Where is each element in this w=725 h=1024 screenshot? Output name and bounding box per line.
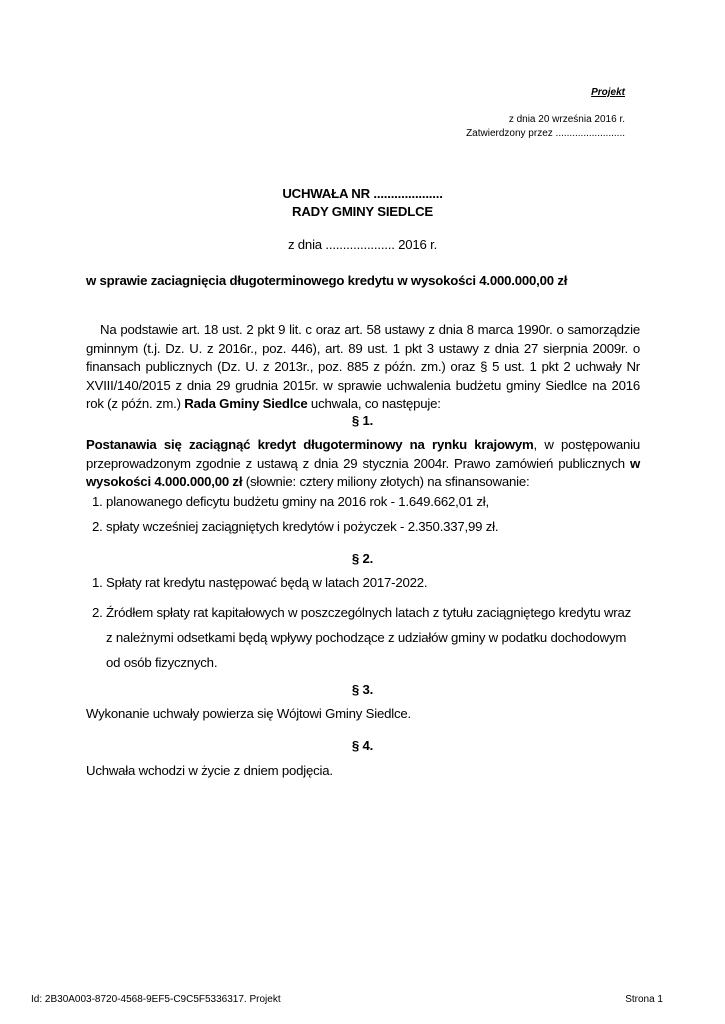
resolution-subject: w sprawie zaciagnięcia długoterminowego … <box>86 273 567 288</box>
list-item-line: od osób fizycznych. <box>92 650 632 675</box>
draft-status-label: Projekt <box>591 87 625 98</box>
section-4-heading: § 4. <box>0 738 725 753</box>
list-item-line: 2. Źródłem spłaty rat kapitałowych w pos… <box>92 605 631 620</box>
approved-by-line: Zatwierdzony przez .....................… <box>466 128 625 139</box>
section-1-text-end: (słownie: cztery miliony złotych) na sfi… <box>242 474 529 489</box>
section-1-heading: § 1. <box>0 413 725 428</box>
document-id: Id: 2B30A003-8720-4568-9EF5-C9C5F5336317… <box>31 994 281 1005</box>
list-item: 2. spłaty wcześniej zaciągniętych kredyt… <box>92 519 498 534</box>
section-1-body: Postanawia się zaciągnąć kredyt długoter… <box>86 436 640 492</box>
draft-date: z dnia 20 września 2016 r. <box>509 114 625 125</box>
resolution-number: UCHWAŁA NR .................... <box>0 186 725 201</box>
section-1-bold-start: Postanawia się zaciągnąć kredyt długoter… <box>86 437 534 452</box>
section-4-body: Uchwała wchodzi w życie z dniem podjęcia… <box>86 763 333 778</box>
list-item: 1. planowanego deficytu budżetu gminy na… <box>92 494 489 509</box>
page-number: Strona 1 <box>625 994 663 1005</box>
section-2-heading: § 2. <box>0 551 725 566</box>
section-3-heading: § 3. <box>0 682 725 697</box>
list-item-line: z należnymi odsetkami będą wpływy pochod… <box>92 625 632 650</box>
section-3-body: Wykonanie uchwały powierza się Wójtowi G… <box>86 706 411 721</box>
preamble-tail: uchwala, co następuje: <box>307 396 440 411</box>
preamble-bold: Rada Gminy Siedlce <box>184 396 307 411</box>
list-item: 2. Źródłem spłaty rat kapitałowych w pos… <box>92 600 632 675</box>
preamble: Na podstawie art. 18 ust. 2 pkt 9 lit. c… <box>86 321 640 414</box>
list-item: 1. Spłaty rat kredytu następować będą w … <box>92 575 427 590</box>
resolution-date: z dnia .................... 2016 r. <box>0 237 725 252</box>
council-name: RADY GMINY SIEDLCE <box>0 204 725 219</box>
